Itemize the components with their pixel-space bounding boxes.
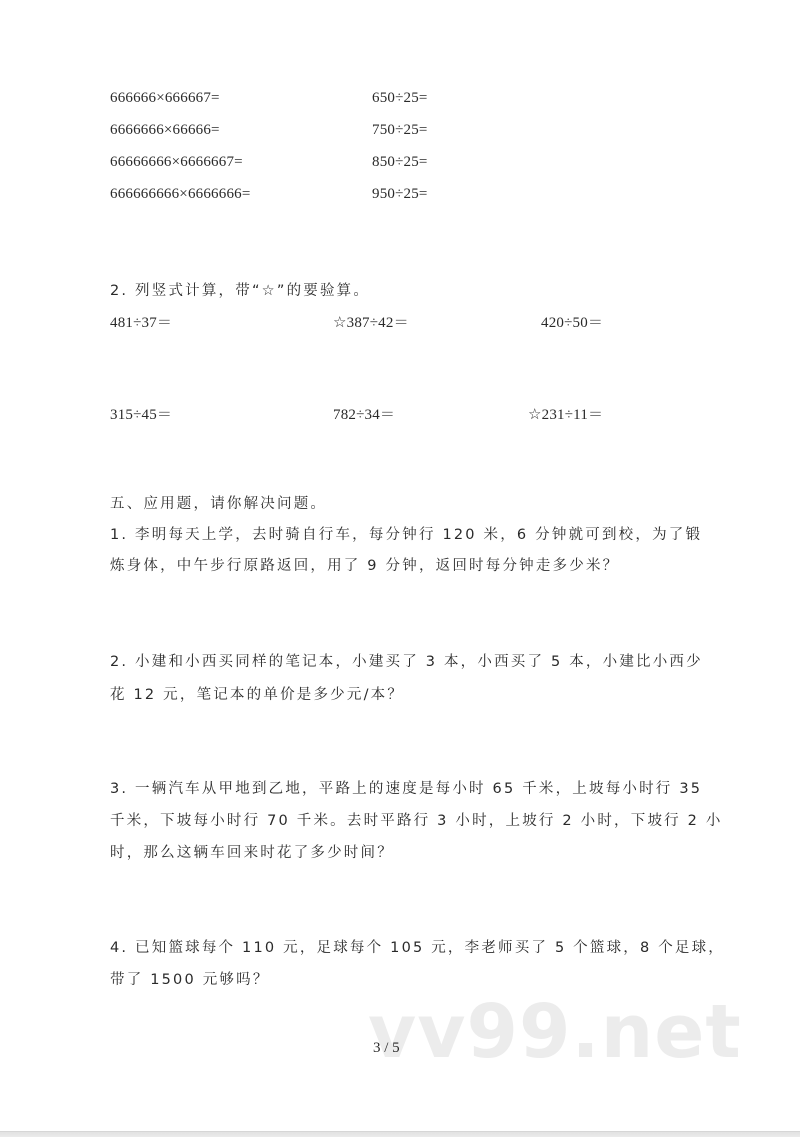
calc-item-starred: ☆231÷11＝ [528,405,603,425]
page-number: 3 / 5 [373,1038,400,1058]
problem-text-line: 带了 1500 元够吗？ [110,970,270,990]
problem-text-line: 3. 一辆汽车从甲地到乙地，平路上的速度是每小时 65 千米，上坡每小时行 35 [110,779,702,799]
problem-text-line: 千米，下坡每小时行 70 千米。去时平路行 3 小时，上坡行 2 小时，下坡行 … [110,811,723,831]
equation-right-2: 750÷25= [372,120,428,140]
problem-text-line: 2. 小建和小西买同样的笔记本，小建买了 3 本，小西买了 5 本，小建比小西少 [110,652,703,672]
page-bottom-edge [0,1131,800,1137]
problem-text-line: 1. 李明每天上学，去时骑自行车，每分钟行 120 米，6 分钟就可到校，为了锻 [110,525,702,545]
equation-right-4: 950÷25= [372,184,428,204]
watermark: vv99.net [368,992,742,1072]
calc-item-starred: ☆387÷42＝ [333,313,409,333]
calc-item: 481÷37＝ [110,313,172,333]
problem-text-line: 4. 已知篮球每个 110 元，足球每个 105 元，李老师买了 5 个篮球，8… [110,938,725,958]
section-heading: 五、应用题，请你解决问题。 [110,494,327,514]
calc-item: 315÷45＝ [110,405,172,425]
calc-item: 782÷34＝ [333,405,395,425]
equation-left-3: 66666666×6666667= [110,152,243,172]
equation-left-2: 6666666×66666= [110,120,220,140]
problem-text-line: 花 12 元，笔记本的单价是多少元/本？ [110,685,404,705]
calc-item: 420÷50＝ [541,313,603,333]
section-title: 2. 列竖式计算，带“☆”的要验算。 [110,281,370,301]
equation-left-4: 666666666×6666666= [110,184,251,204]
document-page: 666666×666667= 650÷25= 6666666×66666= 75… [0,0,800,1131]
problem-text-line: 炼身体，中午步行原路返回，用了 9 分钟，返回时每分钟走多少米？ [110,556,619,576]
problem-text-line: 时，那么这辆车回来时花了多少时间？ [110,843,394,863]
equation-right-3: 850÷25= [372,152,428,172]
equation-right-1: 650÷25= [372,88,428,108]
equation-left-1: 666666×666667= [110,88,220,108]
